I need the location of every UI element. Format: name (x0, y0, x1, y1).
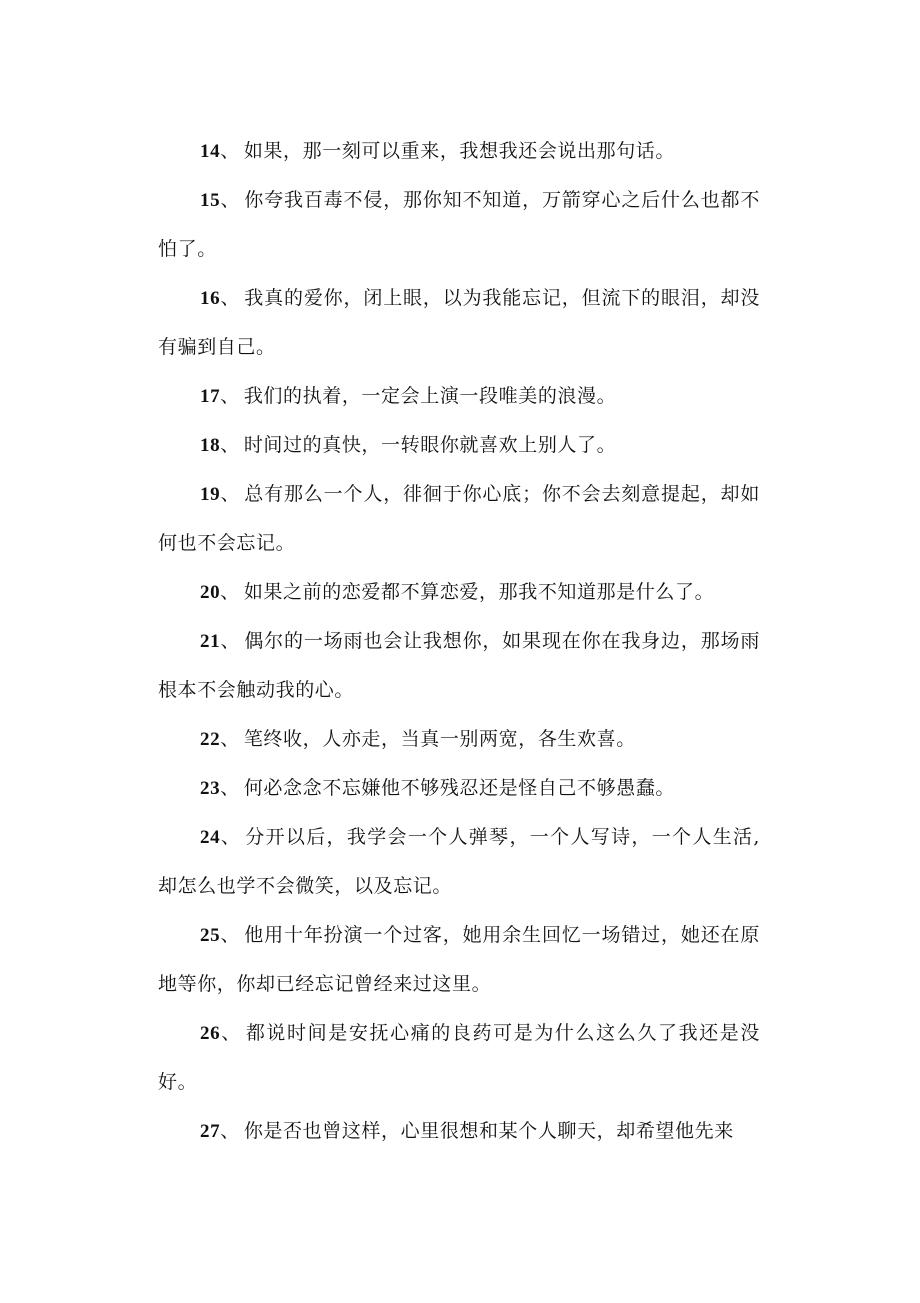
item-number: 25 (200, 925, 220, 946)
item-number: 27 (200, 1121, 220, 1142)
item-text: 我真的爱你，闭上眼，以为我能忘记，但流下的眼泪，却没有骗到自己。 (158, 287, 760, 358)
item-separator: 、 (220, 728, 240, 750)
item-text: 我们的执着，一定会上演一段唯美的浪漫。 (244, 385, 616, 407)
item-text: 你是否也曾这样，心里很想和某个人聊天，却希望他先来 (244, 1120, 734, 1142)
item-text: 偶尔的一场雨也会让我想你，如果现在你在我身边，那场雨根本不会触动我的心。 (158, 630, 760, 701)
item-number: 19 (200, 484, 220, 505)
list-item-14: 14、如果，那一刻可以重来，我想我还会说出那句话。 (158, 127, 760, 176)
item-text: 时间过的真快，一转眼你就喜欢上别人了。 (244, 434, 616, 456)
item-text: 笔终收，人亦走，当真一别两宽，各生欢喜。 (244, 728, 636, 750)
item-text: 分开以后，我学会一个人弹琴，一个人写诗，一个人生活,却怎么也学不会微笑，以及忘记… (158, 826, 760, 897)
list-item-26: 26、都说时间是安抚心痛的良药可是为什么这么久了我还是没好。 (158, 1009, 760, 1107)
item-separator: 、 (220, 287, 240, 309)
list-item-15: 15、你夸我百毒不侵，那你知不知道，万箭穿心之后什么也都不怕了。 (158, 176, 760, 274)
list-item-23: 23、何必念念不忘嫌他不够残忍还是怪自己不够愚蠢。 (158, 764, 760, 813)
item-text: 你夸我百毒不侵，那你知不知道，万箭穿心之后什么也都不怕了。 (158, 189, 760, 260)
list-item-24: 24、分开以后，我学会一个人弹琴，一个人写诗，一个人生活,却怎么也学不会微笑，以… (158, 813, 760, 911)
item-text: 他用十年扮演一个过客，她用余生回忆一场错过，她还在原地等你，你却已经忘记曾经来过… (158, 924, 760, 995)
item-separator: 、 (220, 581, 240, 603)
list-item-25: 25、他用十年扮演一个过客，她用余生回忆一场错过，她还在原地等你，你却已经忘记曾… (158, 911, 760, 1009)
item-separator: 、 (220, 140, 240, 162)
item-number: 20 (200, 582, 220, 603)
item-text: 都说时间是安抚心痛的良药可是为什么这么久了我还是没好。 (158, 1022, 760, 1093)
item-number: 21 (200, 631, 220, 652)
item-number: 24 (200, 827, 220, 848)
list-item-27: 27、你是否也曾这样，心里很想和某个人聊天，却希望他先来 (158, 1107, 760, 1156)
item-separator: 、 (220, 434, 240, 456)
item-separator: 、 (220, 385, 240, 407)
item-separator: 、 (220, 483, 240, 505)
list-item-19: 19、总有那么一个人，徘徊于你心底；你不会去刻意提起，却如何也不会忘记。 (158, 470, 760, 568)
list-item-17: 17、我们的执着，一定会上演一段唯美的浪漫。 (158, 372, 760, 421)
item-number: 22 (200, 729, 220, 750)
item-text: 如果，那一刻可以重来，我想我还会说出那句话。 (244, 140, 675, 162)
item-number: 14 (200, 141, 220, 162)
item-text: 如果之前的恋爱都不算恋爱，那我不知道那是什么了。 (244, 581, 714, 603)
list-item-22: 22、笔终收，人亦走，当真一别两宽，各生欢喜。 (158, 715, 760, 764)
list-item-21: 21、偶尔的一场雨也会让我想你，如果现在你在我身边，那场雨根本不会触动我的心。 (158, 617, 760, 715)
item-number: 16 (200, 288, 220, 309)
item-separator: 、 (220, 1120, 240, 1142)
list-item-18: 18、时间过的真快，一转眼你就喜欢上别人了。 (158, 421, 760, 470)
item-separator: 、 (220, 924, 240, 946)
list-item-16: 16、我真的爱你，闭上眼，以为我能忘记，但流下的眼泪，却没有骗到自己。 (158, 274, 760, 372)
item-text: 何必念念不忘嫌他不够残忍还是怪自己不够愚蠢。 (244, 777, 675, 799)
document-page: 14、如果，那一刻可以重来，我想我还会说出那句话。 15、你夸我百毒不侵，那你知… (158, 127, 760, 1156)
item-separator: 、 (220, 630, 240, 652)
item-separator: 、 (220, 189, 240, 211)
item-number: 18 (200, 435, 220, 456)
item-number: 15 (200, 190, 220, 211)
item-number: 17 (200, 386, 220, 407)
list-item-20: 20、如果之前的恋爱都不算恋爱，那我不知道那是什么了。 (158, 568, 760, 617)
item-number: 26 (200, 1023, 220, 1044)
item-separator: 、 (220, 1022, 242, 1044)
item-separator: 、 (220, 826, 241, 848)
item-separator: 、 (220, 777, 240, 799)
item-number: 23 (200, 778, 220, 799)
item-text: 总有那么一个人，徘徊于你心底；你不会去刻意提起，却如何也不会忘记。 (158, 483, 760, 554)
